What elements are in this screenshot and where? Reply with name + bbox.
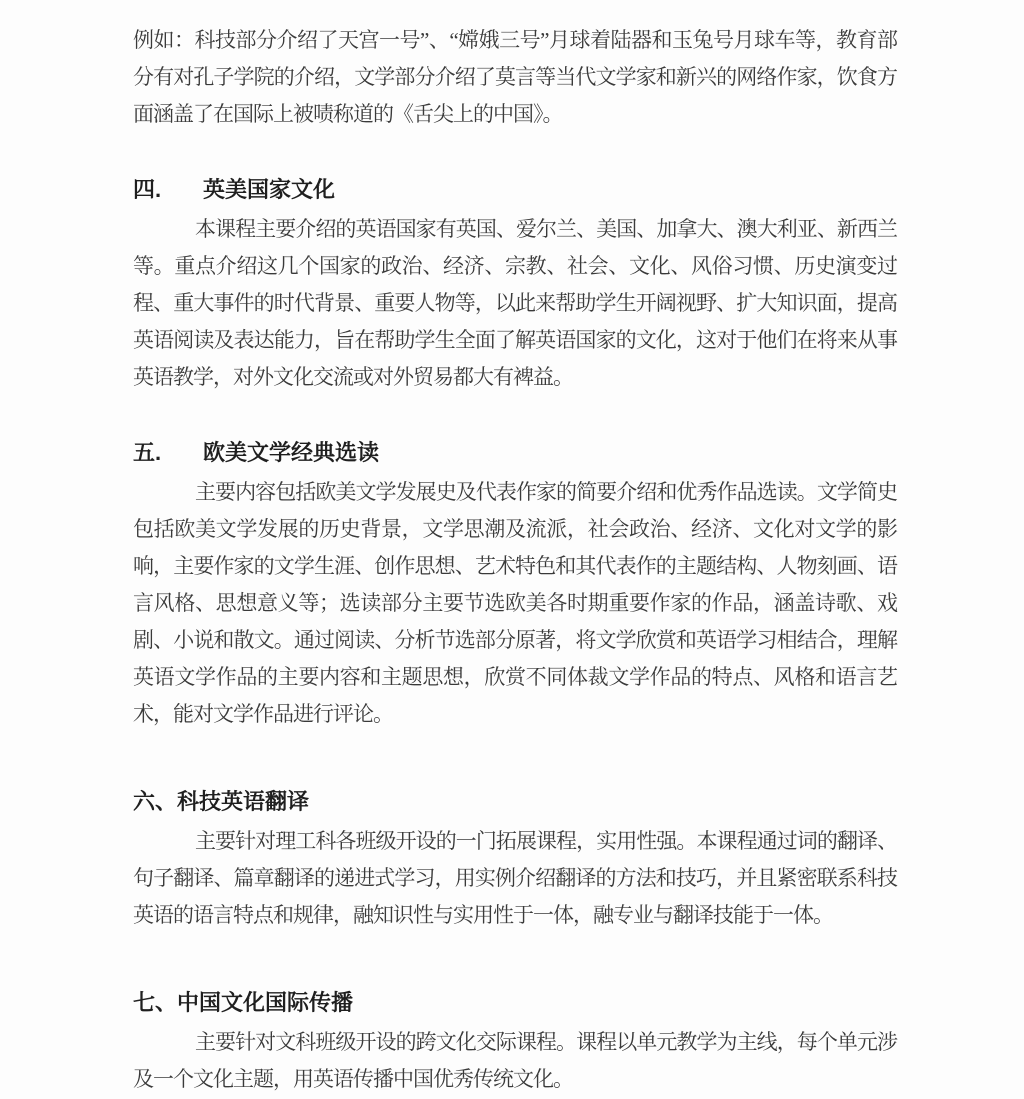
document-page: 例如：科技部分介绍了天宫一号”、“嫦娥三号”月球着陆器和玉兔号月球车等，教育部分…	[0, 0, 1024, 1099]
section-five-title: 欧美文学经典选读	[203, 440, 379, 465]
section-four-body: 本课程主要介绍的英语国家有英国、爱尔兰、美国、加拿大、澳大利亚、新西兰等。重点介…	[133, 211, 897, 396]
section-seven: 七、中国文化国际传播 主要针对文科班级开设的跨文化交际课程。课程以单元教学为主线…	[133, 984, 897, 1098]
section-four-heading: 四.英美国家文化	[133, 171, 897, 208]
section-seven-title: 中国文化国际传播	[177, 990, 353, 1015]
section-four-title: 英美国家文化	[203, 177, 335, 202]
section-five-body: 主要内容包括欧美文学发展史及代表作家的简要介绍和优秀作品选读。文学简史包括欧美文…	[133, 474, 897, 733]
section-six: 六、科技英语翻译 主要针对理工科各班级开设的一门拓展课程，实用性强。本课程通过词…	[133, 783, 897, 934]
section-six-number: 六、	[133, 789, 177, 814]
section-five-heading: 五.欧美文学经典选读	[133, 434, 897, 471]
section-five-number: 五.	[133, 434, 203, 471]
section-five: 五.欧美文学经典选读 主要内容包括欧美文学发展史及代表作家的简要介绍和优秀作品选…	[133, 434, 897, 733]
section-six-body: 主要针对理工科各班级开设的一门拓展课程，实用性强。本课程通过词的翻译、句子翻译、…	[133, 823, 897, 934]
section-six-title: 科技英语翻译	[177, 789, 309, 814]
section-seven-heading: 七、中国文化国际传播	[133, 984, 897, 1021]
intro-paragraph: 例如：科技部分介绍了天宫一号”、“嫦娥三号”月球着陆器和玉兔号月球车等，教育部分…	[133, 22, 897, 133]
section-four: 四.英美国家文化 本课程主要介绍的英语国家有英国、爱尔兰、美国、加拿大、澳大利亚…	[133, 171, 897, 396]
section-seven-number: 七、	[133, 990, 177, 1015]
section-four-number: 四.	[133, 171, 203, 208]
section-six-heading: 六、科技英语翻译	[133, 783, 897, 820]
section-seven-body: 主要针对文科班级开设的跨文化交际课程。课程以单元教学为主线，每个单元涉及一个文化…	[133, 1024, 897, 1098]
